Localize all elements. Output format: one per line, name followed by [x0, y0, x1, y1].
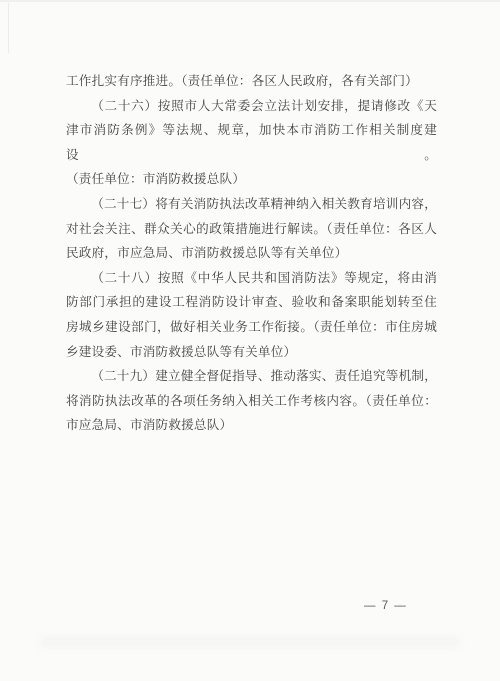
document-line: 乡建设委、市消防救援总队等有关单位） [66, 340, 437, 365]
document-line: （二十七）将有关消防执法改革精神纳入相关教育培训内容， [66, 192, 437, 217]
scan-artifact [40, 636, 460, 648]
document-line: （责任单位：市消防救援总队） [66, 167, 437, 192]
document-line: 津市消防条例》等法规、规章，加快本市消防工作相关制度建设。 [66, 118, 437, 167]
document-line: （二十九）建立健全督促指导、推动落实、责任追究等机制， [66, 364, 437, 389]
document-line: （二十六）按照市人大常委会立法计划安排，提请修改《天 [66, 94, 437, 119]
document-line: 防部门承担的建设工程消防设计审查、验收和备案职能划转至住 [66, 290, 437, 315]
document-line: 民政府，市应急局、市消防救援总队等有关单位） [66, 241, 437, 266]
document-line: 将消防执法改革的各项任务纳入相关工作考核内容。（责任单位： [66, 389, 437, 414]
document-body: 工作扎实有序推进。（责任单位：各区人民政府，各有关部门）（二十六）按照市人大常委… [66, 69, 437, 438]
document-line: 房城乡建设部门，做好相关业务工作衔接。（责任单位：市住房城 [66, 315, 437, 340]
scan-artifact [0, 0, 500, 2]
document-line: 市应急局、市消防救援总队） [66, 413, 437, 438]
document-line: （二十八）按照《中华人民共和国消防法》等规定，将由消 [66, 266, 437, 291]
document-page: 工作扎实有序推进。（责任单位：各区人民政府，各有关部门）（二十六）按照市人大常委… [0, 0, 500, 681]
page-number: — 7 — [364, 600, 407, 612]
document-line: 工作扎实有序推进。（责任单位：各区人民政府，各有关部门） [66, 69, 437, 94]
scan-artifact [8, 3, 9, 53]
document-line: 对社会关注、群众关心的政策措施进行解读。（责任单位：各区人 [66, 217, 437, 242]
